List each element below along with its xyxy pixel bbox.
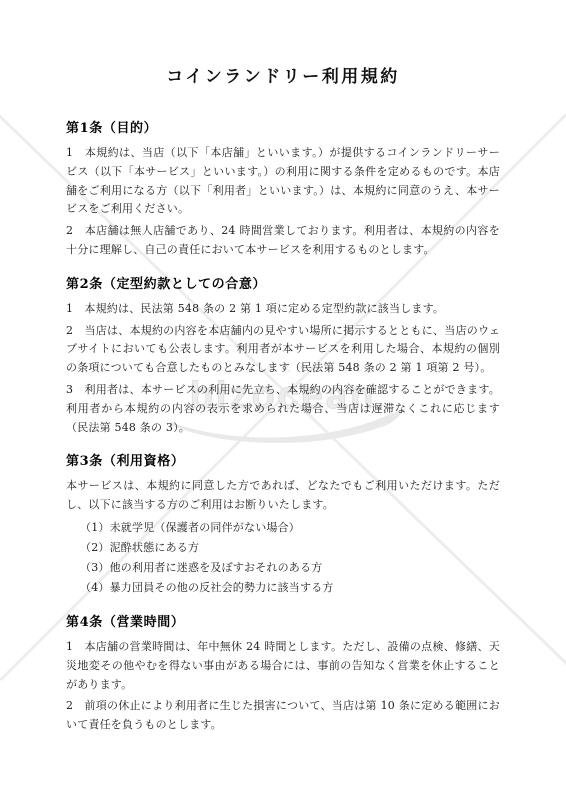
article-paragraph: 本サービスは、本規約に同意した方であれば、どなたでもご利用いただけます。ただし、… bbox=[66, 477, 500, 515]
article-paragraph: 2 前項の休止により利用者に生じた損害について、当店は第 10 条に定める範囲に… bbox=[66, 697, 500, 735]
document-screenshot: { "document": { "title": "コインランドリー利用規約",… bbox=[0, 0, 566, 800]
document-page: コインランドリー利用規約 第1条（目的） 1 本規約は、当店（以下「本店舗」とい… bbox=[0, 0, 566, 735]
article-heading: 第1条（目的） bbox=[66, 120, 500, 137]
article-paragraph: 1 本規約は、当店（以下「本店舗」といいます。）が提供するコインランドリーサービ… bbox=[66, 144, 500, 219]
article-paragraph: 2 当店は、本規約の内容を本店舗内の見やすい場所に掲示するとともに、当店のウェブ… bbox=[66, 322, 500, 378]
article-heading: 第3条（利用資格） bbox=[66, 453, 500, 470]
article-paragraph: 1 本規約は、民法第 548 条の 2 第 1 項に定める定型約款に該当します。 bbox=[66, 300, 500, 319]
list-item: （2）泥酔状態にある方 bbox=[80, 538, 500, 558]
list-item: （3）他の利用者に迷惑を及ぼすおそれのある方 bbox=[80, 558, 500, 578]
article-1-purpose: 第1条（目的） 1 本規約は、当店（以下「本店舗」といいます。）が提供するコイン… bbox=[66, 120, 500, 260]
article-paragraph: 3 利用者は、本サービスの利用に先立ち、本規約の内容を確認することができます。利… bbox=[66, 381, 500, 437]
article-heading: 第2条（定型約款としての合意） bbox=[66, 276, 500, 293]
article-heading: 第4条（営業時間） bbox=[66, 614, 500, 631]
list-item: （1）未就学児（保護者の同伴がない場合） bbox=[80, 518, 500, 538]
article-3-eligibility: 第3条（利用資格） 本サービスは、本規約に同意した方であれば、どなたでもご利用い… bbox=[66, 453, 500, 598]
article-paragraph: 1 本店舗の営業時間は、年中無休 24 時間とします。ただし、設備の点検、修繕、… bbox=[66, 638, 500, 694]
article-2-standard-terms-agreement: 第2条（定型約款としての合意） 1 本規約は、民法第 548 条の 2 第 1 … bbox=[66, 276, 500, 438]
article-paragraph: 2 本店舗は無人店舗であり、24 時間営業しております。利用者は、本規約の内容を… bbox=[66, 222, 500, 260]
page-title: コインランドリー利用規約 bbox=[66, 66, 500, 88]
list-item: （4）暴力団員その他の反社会的勢力に該当する方 bbox=[80, 578, 500, 598]
exclusion-clause-list: （1）未就学児（保護者の同伴がない場合） （2）泥酔状態にある方 （3）他の利用… bbox=[66, 518, 500, 598]
article-4-business-hours: 第4条（営業時間） 1 本店舗の営業時間は、年中無休 24 時間とします。ただし… bbox=[66, 614, 500, 735]
